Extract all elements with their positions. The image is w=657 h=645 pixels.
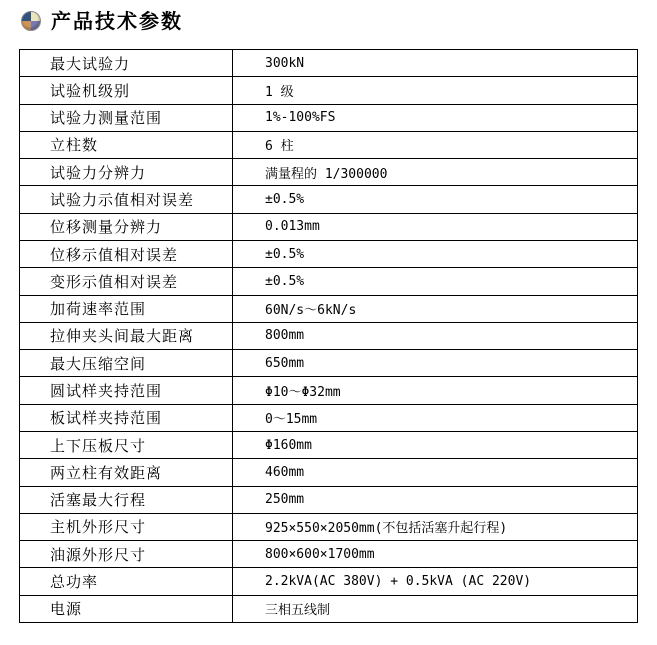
spec-label: 加荷速率范围 (20, 295, 233, 322)
table-row: 变形示值相对误差±0.5% (20, 268, 638, 295)
spec-value: 三相五线制 (233, 595, 638, 622)
spec-label: 两立柱有效距离 (20, 459, 233, 486)
spec-value: 2.2kVA(AC 380V) + 0.5kVA (AC 220V) (233, 568, 638, 595)
spec-label: 试验力测量范围 (20, 104, 233, 131)
spec-value: ±0.5% (233, 268, 638, 295)
spec-value: 1 级 (233, 77, 638, 104)
spec-label: 立柱数 (20, 131, 233, 158)
spec-table: 最大试验力300kN试验机级别1 级试验力测量范围1%-100%FS立柱数6 柱… (19, 49, 638, 623)
spec-value: 460mm (233, 459, 638, 486)
table-row: 总功率2.2kVA(AC 380V) + 0.5kVA (AC 220V) (20, 568, 638, 595)
table-row: 最大试验力300kN (20, 50, 638, 77)
table-row: 试验机级别1 级 (20, 77, 638, 104)
spec-label: 圆试样夹持范围 (20, 377, 233, 404)
spec-label: 油源外形尺寸 (20, 541, 233, 568)
spec-label: 最大试验力 (20, 50, 233, 77)
table-row: 试验力测量范围1%-100%FS (20, 104, 638, 131)
spec-value: 650mm (233, 350, 638, 377)
spec-value: ±0.5% (233, 240, 638, 267)
spec-value: Φ160mm (233, 431, 638, 458)
spec-value: 6 柱 (233, 131, 638, 158)
table-row: 圆试样夹持范围Φ10～Φ32mm (20, 377, 638, 404)
spec-label: 板试样夹持范围 (20, 404, 233, 431)
table-row: 板试样夹持范围0～15mm (20, 404, 638, 431)
spec-label: 上下压板尺寸 (20, 431, 233, 458)
spec-label: 位移示值相对误差 (20, 240, 233, 267)
page-title: 产品技术参数 (51, 10, 183, 32)
spec-value: 800×600×1700mm (233, 541, 638, 568)
table-row: 位移测量分辨力0.013mm (20, 213, 638, 240)
spec-value: 300kN (233, 50, 638, 77)
table-row: 两立柱有效距离460mm (20, 459, 638, 486)
spec-value: 满量程的 1/300000 (233, 159, 638, 186)
spec-value: 60N/s～6kN/s (233, 295, 638, 322)
table-row: 活塞最大行程250mm (20, 486, 638, 513)
spec-table-body: 最大试验力300kN试验机级别1 级试验力测量范围1%-100%FS立柱数6 柱… (20, 50, 638, 623)
spec-label: 电源 (20, 595, 233, 622)
table-row: 油源外形尺寸800×600×1700mm (20, 541, 638, 568)
sphere-quadrant-icon (21, 11, 41, 31)
spec-value: 0.013mm (233, 213, 638, 240)
spec-value: ±0.5% (233, 186, 638, 213)
spec-label: 试验力示值相对误差 (20, 186, 233, 213)
table-row: 主机外形尺寸925×550×2050mm(不包括活塞升起行程) (20, 513, 638, 540)
page-header: 产品技术参数 (21, 10, 183, 32)
spec-label: 位移测量分辨力 (20, 213, 233, 240)
spec-label: 总功率 (20, 568, 233, 595)
table-row: 加荷速率范围60N/s～6kN/s (20, 295, 638, 322)
table-row: 上下压板尺寸Φ160mm (20, 431, 638, 458)
spec-label: 主机外形尺寸 (20, 513, 233, 540)
spec-value: 0～15mm (233, 404, 638, 431)
table-row: 电源三相五线制 (20, 595, 638, 622)
page: { "header": { "icon": "sphere-quadrant-i… (0, 0, 657, 645)
spec-label: 变形示值相对误差 (20, 268, 233, 295)
table-row: 试验力分辨力满量程的 1/300000 (20, 159, 638, 186)
spec-value: 1%-100%FS (233, 104, 638, 131)
spec-value: 800mm (233, 322, 638, 349)
spec-label: 活塞最大行程 (20, 486, 233, 513)
spec-value: Φ10～Φ32mm (233, 377, 638, 404)
spec-value: 925×550×2050mm(不包括活塞升起行程) (233, 513, 638, 540)
table-row: 位移示值相对误差±0.5% (20, 240, 638, 267)
spec-label: 试验力分辨力 (20, 159, 233, 186)
spec-label: 试验机级别 (20, 77, 233, 104)
spec-label: 拉伸夹头间最大距离 (20, 322, 233, 349)
table-row: 立柱数6 柱 (20, 131, 638, 158)
table-row: 拉伸夹头间最大距离800mm (20, 322, 638, 349)
table-row: 最大压缩空间650mm (20, 350, 638, 377)
spec-label: 最大压缩空间 (20, 350, 233, 377)
spec-value: 250mm (233, 486, 638, 513)
table-row: 试验力示值相对误差±0.5% (20, 186, 638, 213)
